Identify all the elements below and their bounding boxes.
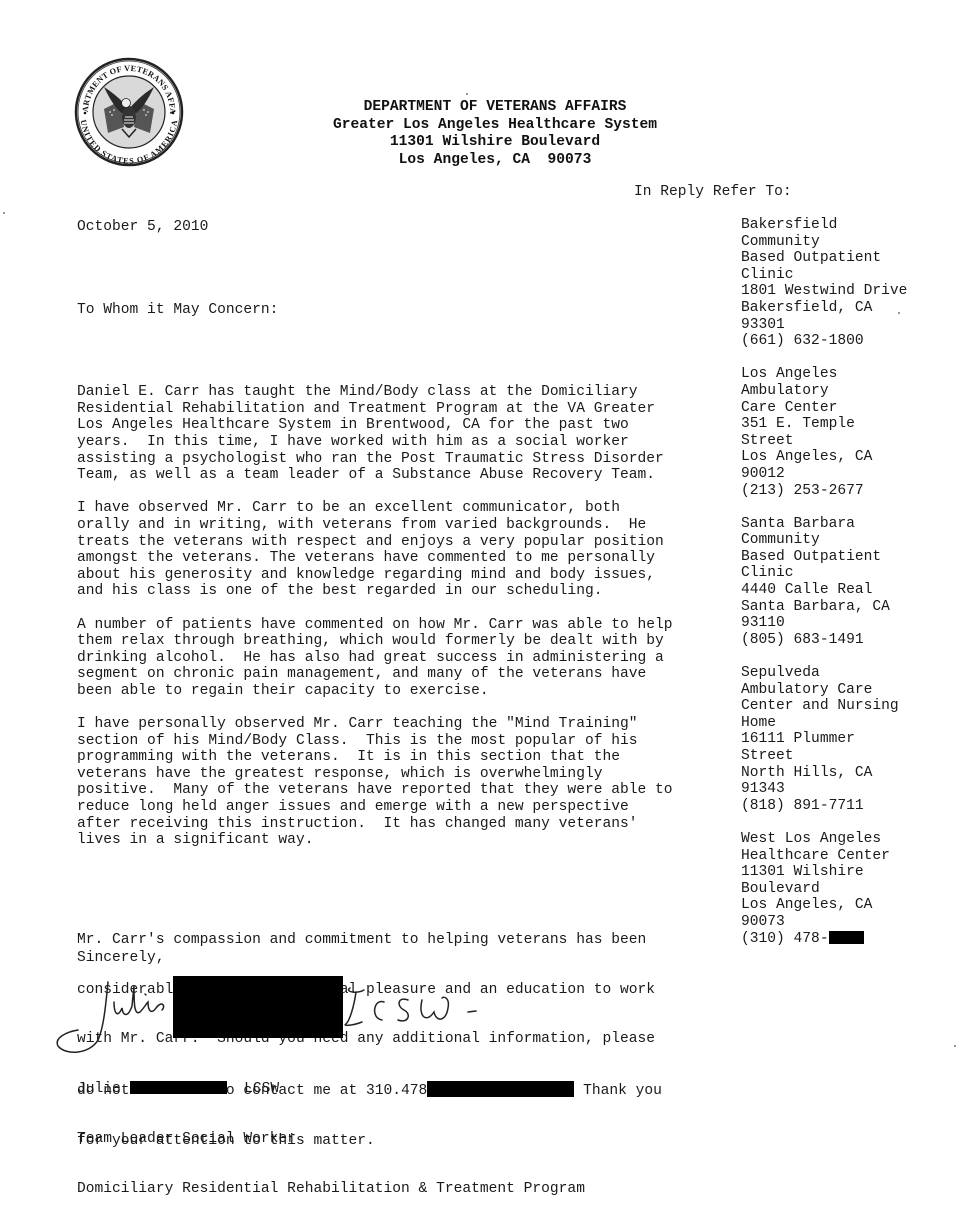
- signer-first-name: Julie: [77, 1081, 121, 1097]
- letterhead-department: DEPARTMENT OF VETERANS AFFAIRS: [290, 99, 700, 117]
- paragraph-line: Team, as well as a team leader of a Subs…: [77, 467, 727, 484]
- paragraph-line: positive. Many of the veterans have repo…: [77, 782, 727, 799]
- salutation: To Whom it May Concern:: [77, 302, 278, 319]
- signer-name-line: Julie LCSW: [77, 1081, 585, 1098]
- clinic-line: Ambulatory: [741, 383, 951, 400]
- paragraph-line: amongst the veterans. The veterans have …: [77, 550, 727, 567]
- clinic-line: 16111 Plummer: [741, 731, 951, 748]
- clinic-line: Los Angeles, CA: [741, 897, 951, 914]
- clinic-line: 90012: [741, 466, 951, 483]
- clinic-line: Based Outpatient: [741, 250, 951, 267]
- clinic-line: (818) 891-7711: [741, 798, 951, 815]
- signer-program: Domiciliary Residential Rehabilitation &…: [77, 1181, 585, 1198]
- closing-line: Mr. Carr's compassion and commitment to …: [77, 932, 727, 949]
- body-paragraph: A number of patients have commented on h…: [77, 617, 727, 700]
- clinic-line: Community: [741, 532, 951, 549]
- clinic-phone: (310) 478-: [741, 931, 951, 948]
- thank-you-text: Thank you: [574, 1083, 662, 1099]
- clinic-line: Bakersfield, CA: [741, 300, 951, 317]
- clinic-directory: BakersfieldCommunityBased OutpatientClin…: [741, 217, 951, 964]
- redacted-signature-surname: [173, 976, 343, 1038]
- paragraph-line: treats the veterans with respect and enj…: [77, 534, 727, 551]
- paragraph-line: reduce long held anger issues and emerge…: [77, 799, 727, 816]
- clinic-line: 93301: [741, 317, 951, 334]
- paragraph-line: veterans have the greatest response, whi…: [77, 766, 727, 783]
- clinic-entry: Los AngelesAmbulatoryCare Center351 E. T…: [741, 366, 951, 499]
- clinic-line: Home: [741, 715, 951, 732]
- paragraph-line: them relax through breathing, which woul…: [77, 633, 727, 650]
- clinic-line: Clinic: [741, 267, 951, 284]
- body-paragraph: I have personally observed Mr. Carr teac…: [77, 716, 727, 849]
- letterhead-city: Los Angeles, CA 90073: [290, 152, 700, 170]
- clinic-line: North Hills, CA: [741, 765, 951, 782]
- redacted-surname: [130, 1081, 227, 1094]
- clinic-line: (805) 683-1491: [741, 632, 951, 649]
- paragraph-line: been able to regain their capacity to ex…: [77, 683, 727, 700]
- paragraph-line: Los Angeles Healthcare System in Brentwo…: [77, 417, 727, 434]
- paragraph-line: programming with the veterans. It is in …: [77, 749, 727, 766]
- paragraph-line: assisting a psychologist who ran the Pos…: [77, 451, 727, 468]
- clinic-line: Community: [741, 234, 951, 251]
- signer-credential: LCSW: [244, 1081, 279, 1097]
- clinic-line: Santa Barbara, CA: [741, 599, 951, 616]
- clinic-line: Care Center: [741, 400, 951, 417]
- closing-sincerely: Sincerely,: [77, 950, 165, 967]
- letterhead-system: Greater Los Angeles Healthcare System: [290, 117, 700, 135]
- letterhead: DEPARTMENT OF VETERANS AFFAIRS Greater L…: [290, 99, 700, 169]
- clinic-line: 1801 Westwind Drive: [741, 283, 951, 300]
- clinic-line: West Los Angeles: [741, 831, 951, 848]
- clinic-line: Santa Barbara: [741, 516, 951, 533]
- paragraph-line: lives in a significant way.: [77, 832, 727, 849]
- redacted-phone-suffix: [829, 931, 864, 944]
- body-paragraph: I have observed Mr. Carr to be an excell…: [77, 500, 727, 600]
- clinic-line: Boulevard: [741, 881, 951, 898]
- paragraph-line: Daniel E. Carr has taught the Mind/Body …: [77, 384, 727, 401]
- clinic-line: Bakersfield: [741, 217, 951, 234]
- paragraph-line: I have personally observed Mr. Carr teac…: [77, 716, 727, 733]
- clinic-line: 90073: [741, 914, 951, 931]
- signer-title: Team Leader Social Worker: [77, 1131, 585, 1148]
- clinic-phone-prefix: (310) 478-: [741, 931, 829, 947]
- paragraph-line: A number of patients have commented on h…: [77, 617, 727, 634]
- clinic-line: Center and Nursing: [741, 698, 951, 715]
- clinic-line: (213) 253-2677: [741, 483, 951, 500]
- paragraph-line: after receiving this instruction. It has…: [77, 816, 727, 833]
- clinic-line: Street: [741, 748, 951, 765]
- clinic-line: 4440 Calle Real: [741, 582, 951, 599]
- clinic-line: 11301 Wilshire: [741, 864, 951, 881]
- clinic-line: 351 E. Temple: [741, 416, 951, 433]
- clinic-line: Ambulatory Care: [741, 682, 951, 699]
- clinic-line: (661) 632-1800: [741, 333, 951, 350]
- body-paragraph: Daniel E. Carr has taught the Mind/Body …: [77, 384, 727, 484]
- paragraph-line: segment on chronic pain management, and …: [77, 666, 727, 683]
- clinic-line: Sepulveda: [741, 665, 951, 682]
- clinic-line: Street: [741, 433, 951, 450]
- scan-speck: [466, 93, 468, 95]
- clinic-entry: BakersfieldCommunityBased OutpatientClin…: [741, 217, 951, 350]
- clinic-entry: West Los AngelesHealthcare Center11301 W…: [741, 831, 951, 947]
- paragraph-line: I have observed Mr. Carr to be an excell…: [77, 500, 727, 517]
- clinic-entry: SepulvedaAmbulatory CareCenter and Nursi…: [741, 665, 951, 814]
- va-seal-logo: DEPARTMENT OF VETERANS AFFAIRS UNITED ST…: [74, 57, 184, 167]
- clinic-line: Clinic: [741, 565, 951, 582]
- clinic-line: 93110: [741, 615, 951, 632]
- scan-speck: [898, 312, 900, 314]
- clinic-line: Los Angeles, CA: [741, 449, 951, 466]
- scan-speck: [3, 212, 5, 214]
- letterhead-street: 11301 Wilshire Boulevard: [290, 134, 700, 152]
- paragraph-line: drinking alcohol. He has also had great …: [77, 650, 727, 667]
- reply-refer-label: In Reply Refer To:: [634, 184, 792, 201]
- clinic-line: 91343: [741, 781, 951, 798]
- paragraph-line: section of his Mind/Body Class. This is …: [77, 733, 727, 750]
- scan-speck: [954, 1045, 956, 1047]
- clinic-line: Based Outpatient: [741, 549, 951, 566]
- clinic-line: Healthcare Center: [741, 848, 951, 865]
- clinic-line: Los Angeles: [741, 366, 951, 383]
- signer-block: Julie LCSW Team Leader Social Worker Dom…: [77, 1048, 585, 1214]
- letter-date: October 5, 2010: [77, 219, 208, 236]
- paragraph-line: and his class is one of the best regarde…: [77, 583, 727, 600]
- paragraph-line: orally and in writing, with veterans fro…: [77, 517, 727, 534]
- paragraph-line: Residential Rehabilitation and Treatment…: [77, 401, 727, 418]
- clinic-entry: Santa BarbaraCommunityBased OutpatientCl…: [741, 516, 951, 649]
- paragraph-line: years. In this time, I have worked with …: [77, 434, 727, 451]
- paragraph-line: about his generosity and knowledge regar…: [77, 567, 727, 584]
